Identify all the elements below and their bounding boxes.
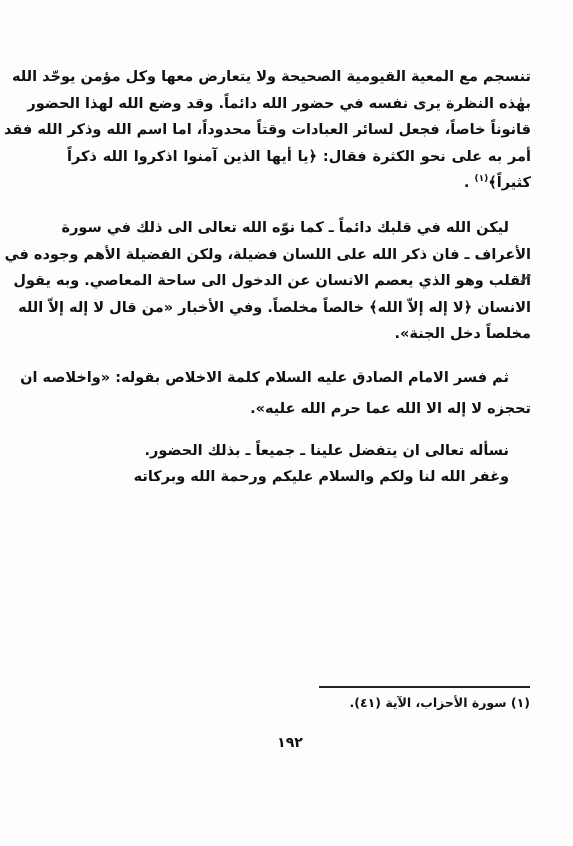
footnote: (١) سورة الأحزاب، الآية (٤١). — [350, 694, 530, 712]
paragraph-5: وغفر الله لنا ولكم والسلام عليكم ورحمة ا… — [67, 464, 531, 491]
text-line: الانسان ﴿لا إله إلاّ الله﴾ خالصاً مخلصاً… — [67, 295, 531, 322]
paragraph-2: ليكن الله في قلبك دائماً ـ كما نوّه الله… — [67, 215, 531, 348]
paragraph-1: تنسجم مع المعية القيومية الصحيحة ولا يتع… — [67, 64, 531, 197]
text-line: قانوناً خاصاً، فجعل لسائر العبادات وقتاً… — [67, 117, 531, 144]
paragraph-3: ثم فسر الامام الصادق عليه السلام كلمة ال… — [67, 365, 531, 422]
text-line: الأعراف ـ فان ذكر الله على اللسان فضيلة،… — [67, 242, 531, 269]
book-page: تنسجم مع المعية القيومية الصحيحة ولا يتع… — [0, 0, 573, 846]
text-line: وغفر الله لنا ولكم والسلام عليكم ورحمة ا… — [67, 464, 531, 491]
page-number: ١٩٢ — [260, 735, 320, 751]
end-mark: . — [464, 175, 470, 191]
text-line: أمر به على نحو الكثرة فقال: ﴿يا أيها الذ… — [67, 144, 531, 171]
text-line: تنسجم مع المعية القيومية الصحيحة ولا يتع… — [67, 64, 531, 91]
text-line: القلب وهو الذي يعصم الانسان عن الدخول ال… — [67, 268, 531, 295]
footnote-ref[interactable]: (١) — [474, 174, 488, 184]
text-line: ليكن الله في قلبك دائماً ـ كما نوّه الله… — [67, 215, 531, 242]
text-line-last: كثيراً﴾(١) . — [67, 170, 531, 197]
paragraph-4: نسأله تعالى ان يتفضل علينا ـ جميعاً ـ بذ… — [67, 438, 531, 465]
footnote-divider — [319, 686, 530, 688]
text-line: ثم فسر الامام الصادق عليه السلام كلمة ال… — [67, 365, 531, 392]
quran-end: كثيراً﴾ — [488, 175, 531, 191]
text-line: بهٰذه النظرة يرى نفسه في حضور الله دائما… — [67, 91, 531, 118]
text-line: مخلصاً دخل الجنة». — [67, 321, 531, 348]
text-line: نسأله تعالى ان يتفضل علينا ـ جميعاً ـ بذ… — [67, 438, 531, 465]
text-line: تحجزه لا إله الا الله عما حرم الله عليه»… — [67, 396, 531, 423]
